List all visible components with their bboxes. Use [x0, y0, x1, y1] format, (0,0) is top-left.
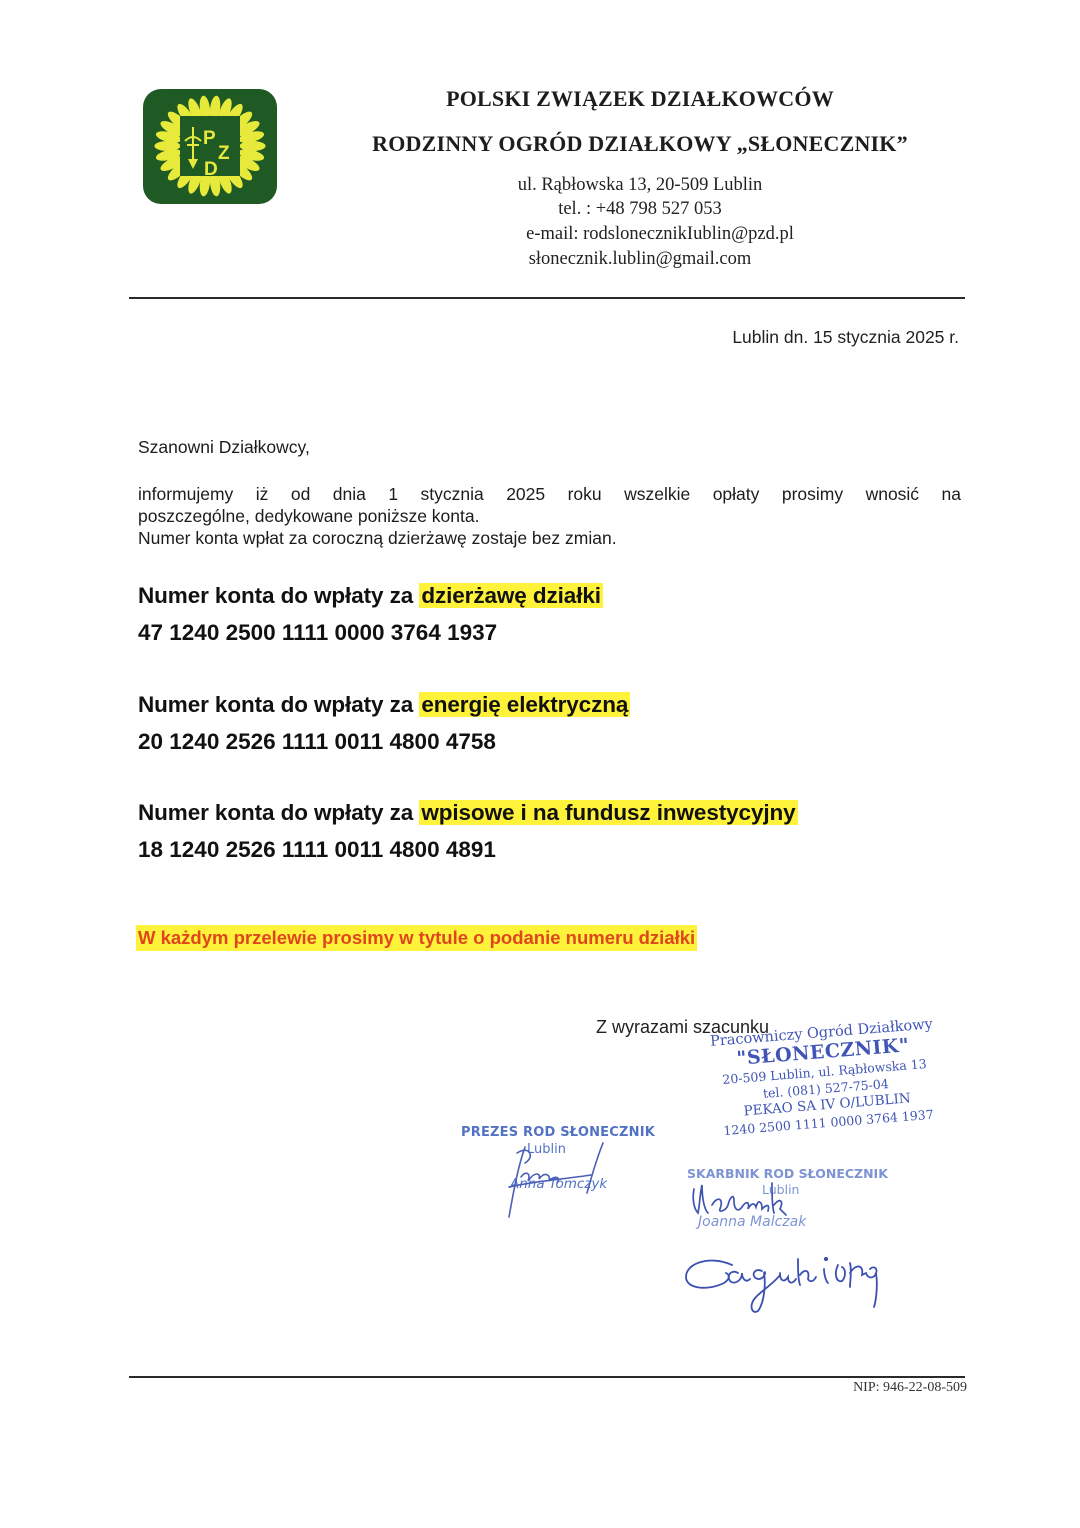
- header-divider: [129, 297, 965, 299]
- prezes-stamp-city: Lublin: [527, 1142, 566, 1157]
- email-primary: e-mail: rodslonecznikIublin@pzd.pl: [330, 222, 990, 247]
- nip-number: NIP: 946-22-08-509: [853, 1380, 967, 1396]
- salutation: Szanowni Działkowcy,: [138, 437, 310, 458]
- handwritten-signature-icon: [680, 1245, 955, 1320]
- account-purpose-highlight: energię elektryczną: [419, 692, 630, 717]
- svg-text:D: D: [204, 159, 218, 180]
- account-heading-prefix: Numer konta do wpłaty za: [138, 800, 419, 825]
- date-line: Lublin dn. 15 stycznia 2025 r.: [732, 327, 959, 348]
- paragraph-line: Numer konta wpłat za coroczną dzierżawę …: [138, 527, 961, 549]
- garden-stamp: Pracowniczy Ogród Działkowy "SŁONECZNIK"…: [676, 1014, 973, 1142]
- prezes-stamp-title: PREZES ROD SŁONECZNIK: [461, 1125, 655, 1140]
- paragraph-line: poszczególne, dedykowane poniższe konta.: [138, 505, 961, 527]
- account-purpose-highlight: wpisowe i na fundusz inwestycyjny: [419, 800, 797, 825]
- account-purpose-highlight: dzierżawę działki: [419, 583, 603, 608]
- account-number-lease: 47 1240 2500 1111 0000 3764 1937: [138, 620, 497, 646]
- footer-divider: [129, 1376, 965, 1378]
- account-heading-fees: Numer konta do wpłaty za wpisowe i na fu…: [138, 800, 798, 826]
- paragraph-line: informujemy iż od dnia 1 stycznia 2025 r…: [138, 483, 961, 505]
- skarbnik-stamp-title: SKARBNIK ROD SŁONECZNIK: [687, 1166, 888, 1181]
- account-number-electricity: 20 1240 2526 1111 0011 4800 4758: [138, 729, 496, 755]
- account-heading-electricity: Numer konta do wpłaty za energię elektry…: [138, 692, 630, 718]
- skarbnik-stamp-name: Joanna Malczak: [698, 1214, 806, 1230]
- transfer-notice: W każdym przelewie prosimy w tytule o po…: [136, 925, 697, 951]
- phone: tel. : +48 798 527 053: [310, 197, 970, 222]
- org-name: POLSKI ZWIĄZEK DZIAŁKOWCÓW: [310, 86, 970, 112]
- prezes-stamp-name: Anna Tomczyk: [510, 1176, 607, 1192]
- svg-text:Z: Z: [218, 143, 230, 164]
- account-heading-lease: Numer konta do wpłaty za dzierżawę dział…: [138, 583, 603, 609]
- sunflower-logo-icon: P Z D: [143, 89, 277, 204]
- pzd-logo: P Z D: [143, 89, 277, 204]
- skarbnik-stamp-city: Lublin: [762, 1182, 799, 1197]
- email-secondary: słonecznik.lublin@gmail.com: [310, 247, 970, 272]
- account-heading-prefix: Numer konta do wpłaty za: [138, 692, 419, 717]
- intro-paragraph: informujemy iż od dnia 1 stycznia 2025 r…: [138, 483, 961, 549]
- address: ul. Rąbłowska 13, 20-509 Lublin: [310, 173, 970, 198]
- account-number-fees: 18 1240 2526 1111 0011 4800 4891: [138, 837, 496, 863]
- account-heading-prefix: Numer konta do wpłaty za: [138, 583, 419, 608]
- garden-name: RODZINNY OGRÓD DZIAŁKOWY „SŁONECZNIK”: [310, 131, 970, 157]
- svg-text:P: P: [203, 128, 216, 149]
